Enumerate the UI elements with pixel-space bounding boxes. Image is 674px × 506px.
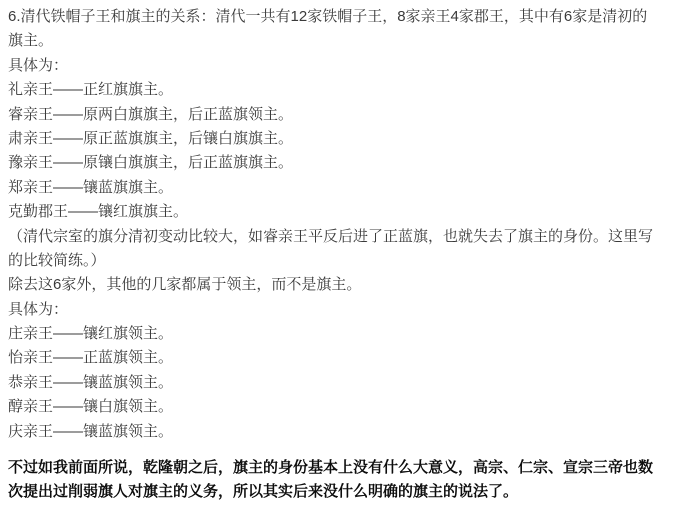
text-line: 不过如我前面所说，乾隆朝之后，旗主的身份基本上没有什么大意义，高宗、仁宗、宣宗三… xyxy=(8,456,666,480)
text-line: 睿亲王——原两白旗旗主，后正蓝旗领主。 xyxy=(8,103,666,127)
text-line: 肃亲王——原正蓝旗旗主，后镶白旗旗主。 xyxy=(8,127,666,151)
text-line: （清代宗室的旗分清初变动比较大，如睿亲王平反后进了正蓝旗，也就失去了旗主的身份。… xyxy=(8,225,666,249)
text-line: 除去这6家外，其他的几家都属于领主，而不是旗主。 xyxy=(8,273,666,297)
text-line: 怡亲王——正蓝旗领主。 xyxy=(8,346,666,370)
text-line: 6.清代铁帽子王和旗主的关系：清代一共有12家铁帽子王，8家亲王4家郡王，其中有… xyxy=(8,5,666,29)
text-line: 具体为： xyxy=(8,298,666,322)
text-content: 6.清代铁帽子王和旗主的关系：清代一共有12家铁帽子王，8家亲王4家郡王，其中有… xyxy=(0,0,674,506)
text-line: 的比较简练。） xyxy=(8,249,666,273)
text-line: 恭亲王——镶蓝旗领主。 xyxy=(8,371,666,395)
text-line: 庆亲王——镶蓝旗领主。 xyxy=(8,420,666,444)
text-line: 醇亲王——镶白旗领主。 xyxy=(8,395,666,419)
text-line: 礼亲王——正红旗旗主。 xyxy=(8,78,666,102)
text-line: 豫亲王——原镶白旗旗主，后正蓝旗旗主。 xyxy=(8,151,666,175)
text-line: 次提出过削弱旗人对旗主的义务，所以其实后来没什么明确的旗主的说法了。 xyxy=(8,480,666,504)
text-line: 庄亲王——镶红旗领主。 xyxy=(8,322,666,346)
text-line: 旗主。 xyxy=(8,29,666,53)
text-line: 郑亲王——镶蓝旗旗主。 xyxy=(8,176,666,200)
text-line: 具体为： xyxy=(8,54,666,78)
text-line: 克勤郡王——镶红旗旗主。 xyxy=(8,200,666,224)
